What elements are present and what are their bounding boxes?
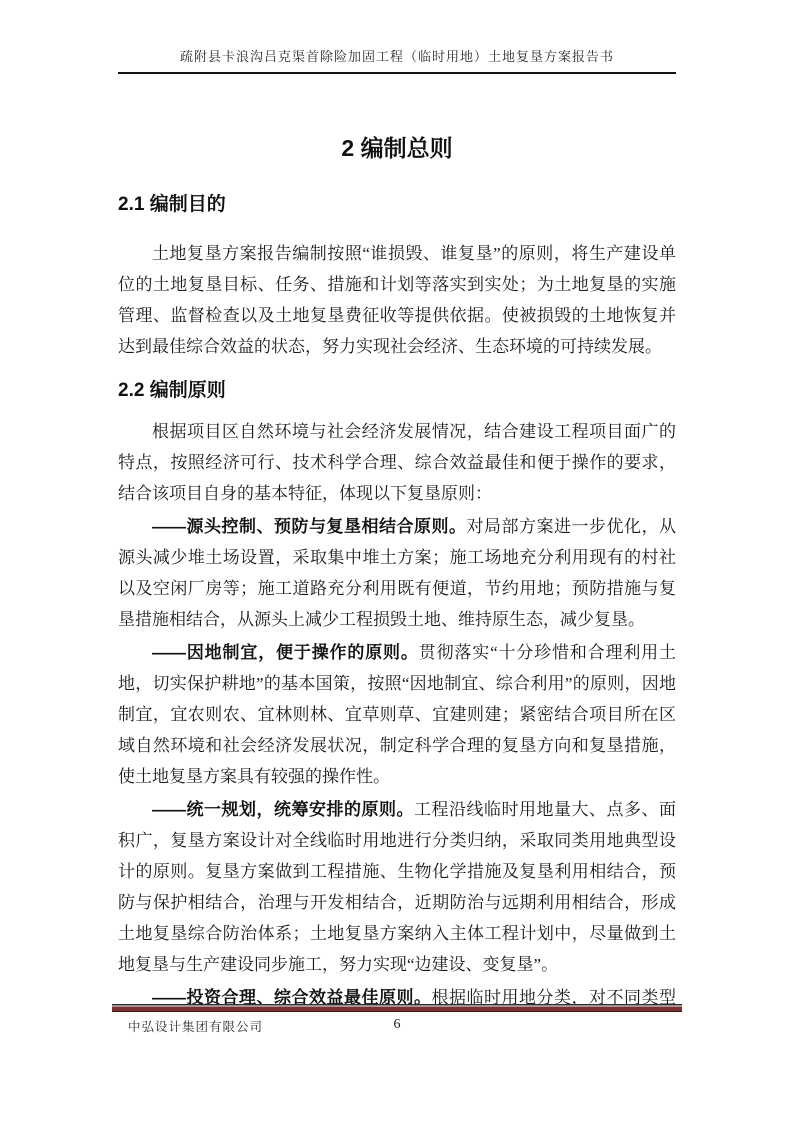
paragraph-purpose: 土地复垦方案报告编制按照“谁损毁、谁复垦”的原则，将生产建设单位的土地复垦目标、…	[118, 238, 676, 362]
document-page: 疏附县卡浪沟吕克渠首除险加固工程（临时用地）土地复垦方案报告书 2 编制总则 2…	[0, 0, 793, 1122]
header-title: 疏附县卡浪沟吕克渠首除险加固工程（临时用地）土地复垦方案报告书	[118, 0, 676, 72]
section-heading-2-1: 2.1 编制目的	[118, 192, 676, 218]
page-footer: 中弘设计集团有限公司 6	[112, 1004, 682, 1035]
footer-page-number: 6	[112, 1017, 682, 1033]
footer-rule	[112, 1004, 682, 1012]
principle-paragraph: ——因地制宜，便于操作的原则。贯彻落实“十分珍惜和合理利用土地，切实保护耕地”的…	[118, 637, 676, 792]
footer-row: 中弘设计集团有限公司 6	[112, 1017, 682, 1035]
principle-lead: ——源头控制、预防与复垦相结合原则。	[152, 517, 467, 536]
principle-paragraph: ——投资合理、综合效益最佳原则。根据临时用地分类，对不同类型用地采	[118, 982, 676, 1004]
principle-paragraph: ——统一规划，统筹安排的原则。工程沿线临时用地量大、点多、面积广，复垦方案设计对…	[118, 794, 676, 980]
principle-lead: ——因地制宜，便于操作的原则。	[152, 643, 419, 662]
page-body: 2 编制总则 2.1 编制目的 土地复垦方案报告编制按照“谁损毁、谁复垦”的原则…	[118, 74, 676, 1004]
principle-lead: ——投资合理、综合效益最佳原则。	[152, 988, 432, 1004]
section-heading-2-2: 2.2 编制原则	[118, 378, 676, 404]
principle-body: 工程沿线临时用地量大、点多、面积广，复垦方案设计对全线临时用地进行分类归纳，采取…	[118, 800, 676, 974]
paragraph-principles-intro: 根据项目区自然环境与社会经济发展情况，结合建设工程项目面广的特点，按照经济可行、…	[118, 416, 676, 509]
chapter-title: 2 编制总则	[118, 132, 676, 164]
principle-lead: ——统一规划，统筹安排的原则。	[152, 800, 414, 819]
principle-body: 贯彻落实“十分珍惜和合理利用土地，切实保护耕地”的基本国策，按照“因地制宜、综合…	[118, 643, 676, 786]
principle-paragraph: ——源头控制、预防与复垦相结合原则。对局部方案进一步优化，从源头减少堆土场设置，…	[118, 511, 676, 635]
page-header: 疏附县卡浪沟吕克渠首除险加固工程（临时用地）土地复垦方案报告书	[118, 0, 676, 74]
